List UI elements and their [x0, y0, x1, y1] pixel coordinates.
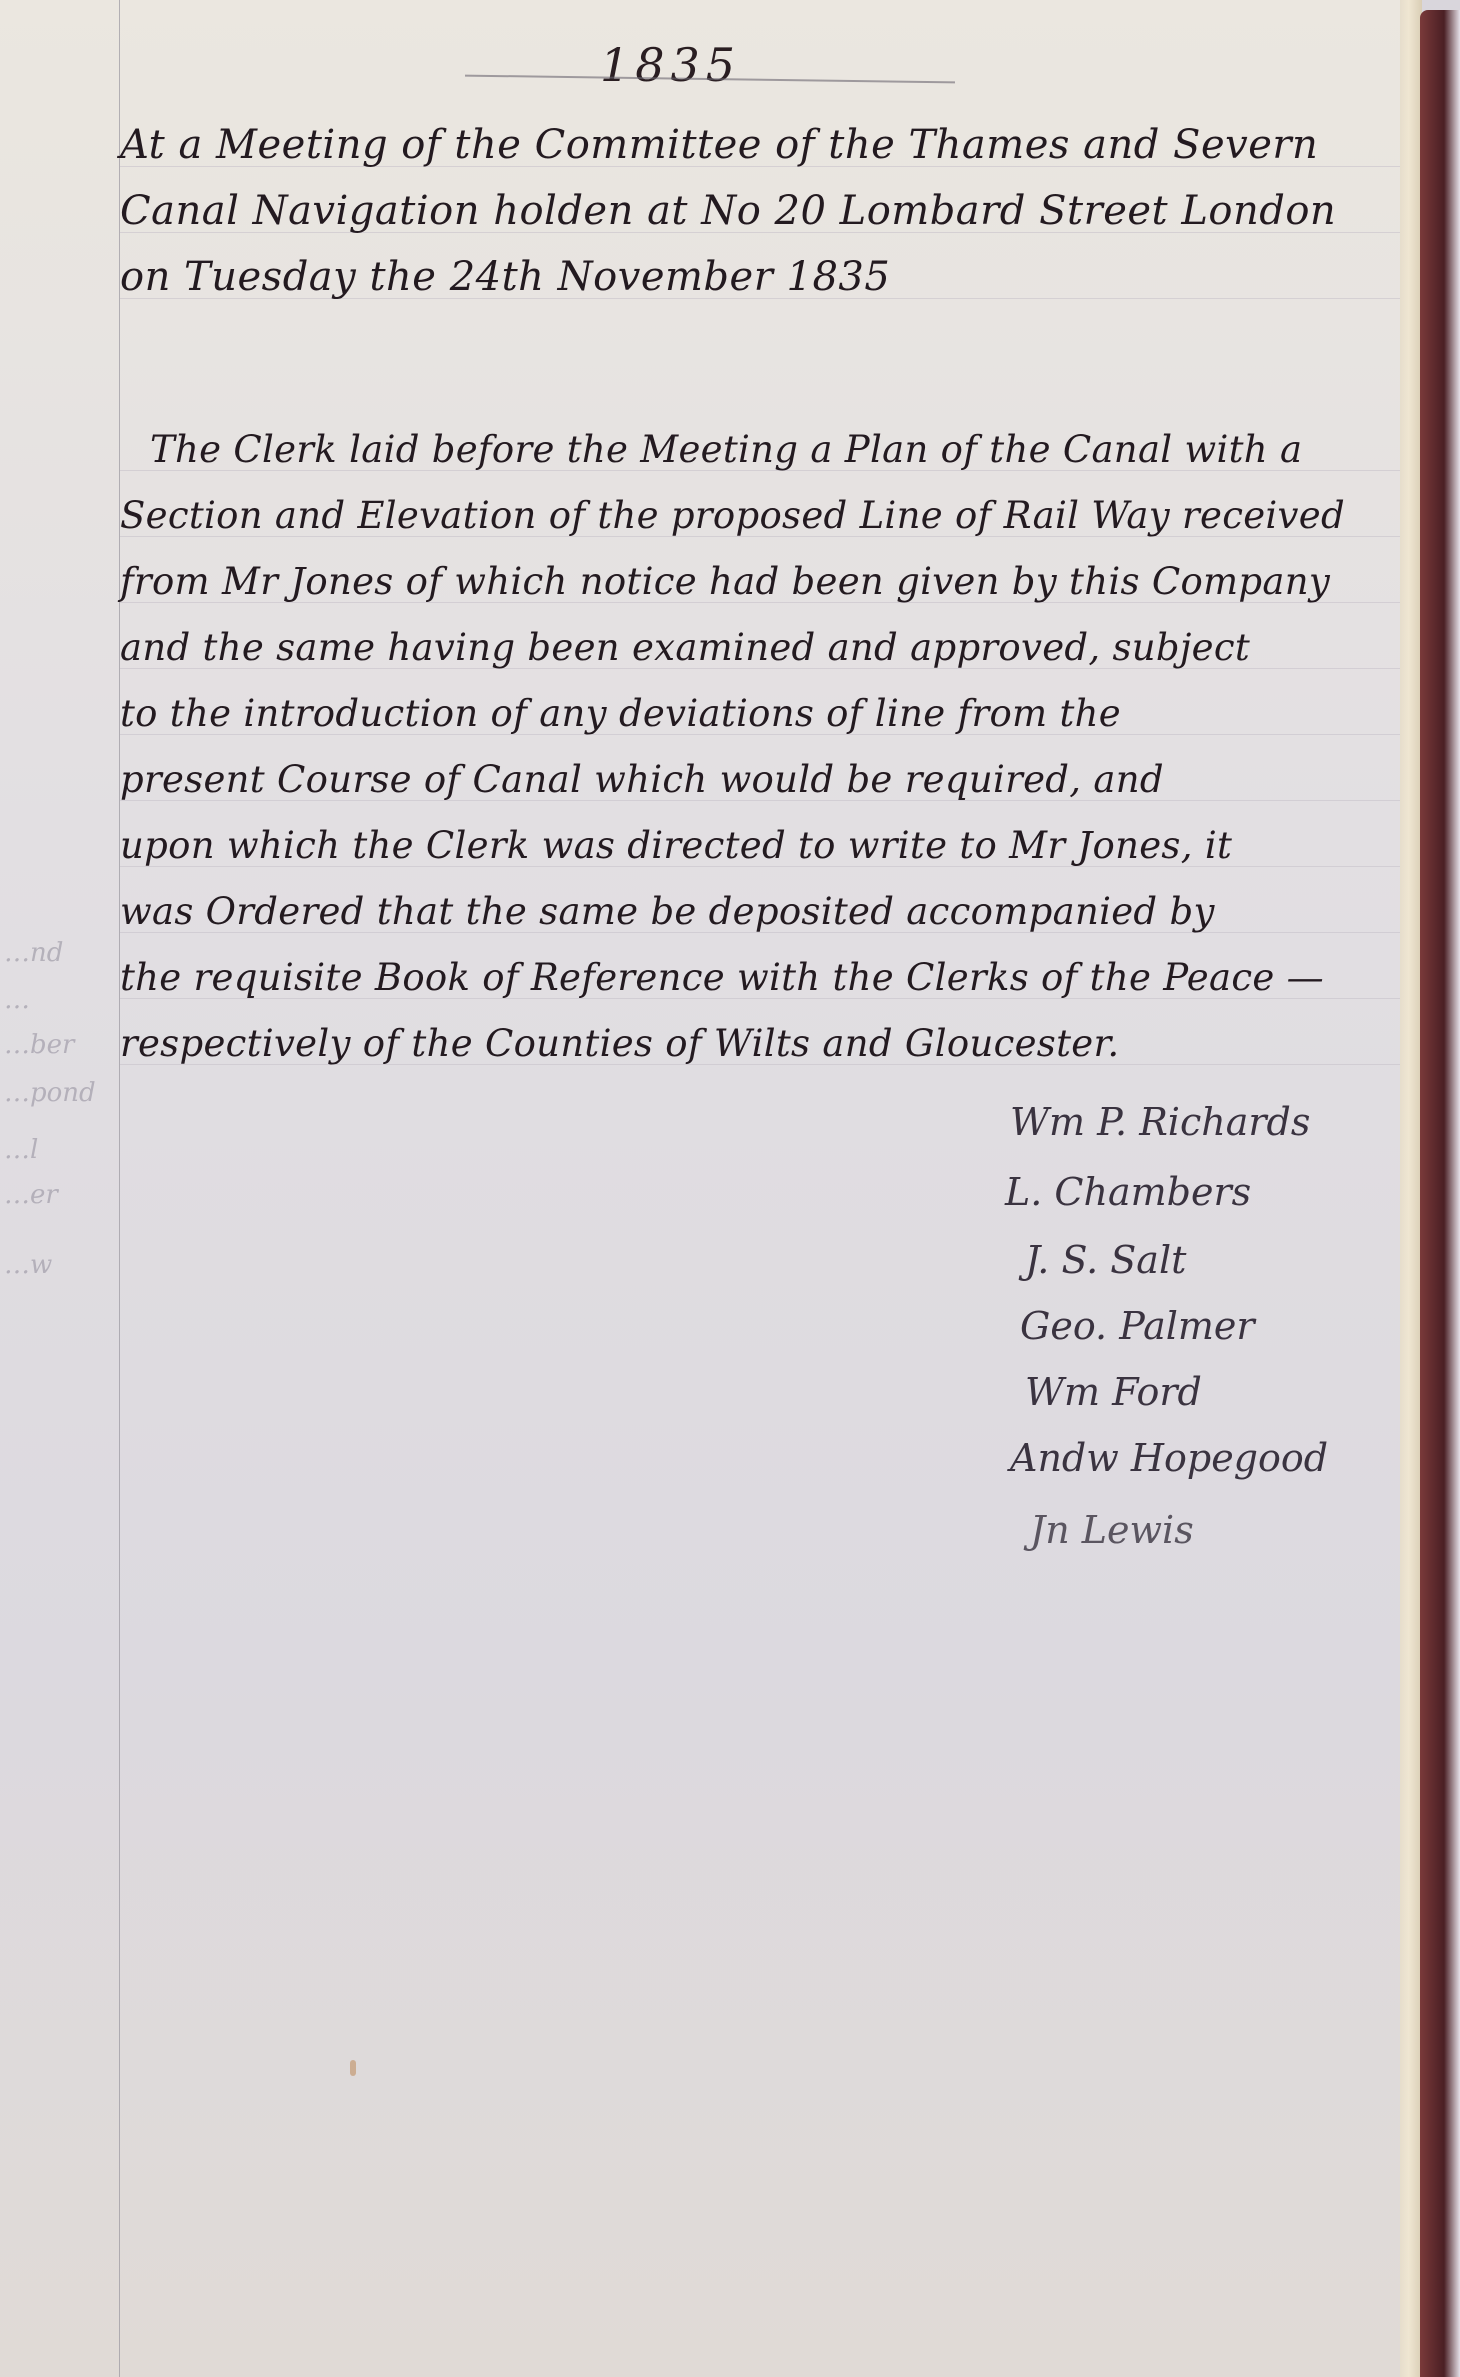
book-binding [1420, 10, 1460, 2377]
paper-stain [350, 2060, 356, 2076]
signature-1: Wm P. Richards [1010, 1100, 1310, 1144]
margin-rule [119, 0, 120, 2377]
body-line-5: to the introduction of any deviations of… [120, 692, 1121, 735]
page-edge [1400, 0, 1422, 2377]
heading-line-1: At a Meeting of the Committee of the Tha… [120, 122, 1318, 168]
signature-3: J. S. Salt [1025, 1238, 1186, 1282]
signature-4: Geo. Palmer [1020, 1304, 1255, 1348]
body-line-10: respectively of the Counties of Wilts an… [120, 1022, 1119, 1065]
margin-note: …pond [4, 1078, 96, 1108]
signature-2: L. Chambers [1005, 1170, 1251, 1214]
body-line-8: was Ordered that the same be deposited a… [120, 890, 1215, 933]
body-line-6: present Course of Canal which would be r… [120, 758, 1164, 801]
margin-note: …w [4, 1250, 52, 1280]
signature-5: Wm Ford [1025, 1370, 1202, 1414]
heading-line-3: on Tuesday the 24th November 1835 [120, 254, 890, 300]
year-heading: 1835 [600, 38, 741, 92]
body-line-7: upon which the Clerk was directed to wri… [120, 824, 1232, 867]
body-line-2: Section and Elevation of the proposed Li… [120, 494, 1345, 537]
body-line-3: from Mr Jones of which notice had been g… [120, 560, 1330, 603]
margin-note: … [4, 985, 30, 1015]
body-line-9: the requisite Book of Reference with the… [120, 956, 1324, 999]
body-line-1: The Clerk laid before the Meeting a Plan… [150, 428, 1302, 471]
heading-line-2: Canal Navigation holden at No 20 Lombard… [120, 188, 1336, 234]
margin-note: …ber [4, 1030, 74, 1060]
signature-6: Andw Hopegood [1010, 1436, 1328, 1480]
signature-7: Jn Lewis [1030, 1508, 1194, 1552]
ledger-page: 1835 At a Meeting of the Committee of th… [0, 0, 1418, 2377]
margin-note: …er [4, 1180, 58, 1210]
margin-note: …nd [4, 938, 63, 968]
body-line-4: and the same having been examined and ap… [120, 626, 1250, 669]
margin-note: …l [4, 1135, 38, 1165]
